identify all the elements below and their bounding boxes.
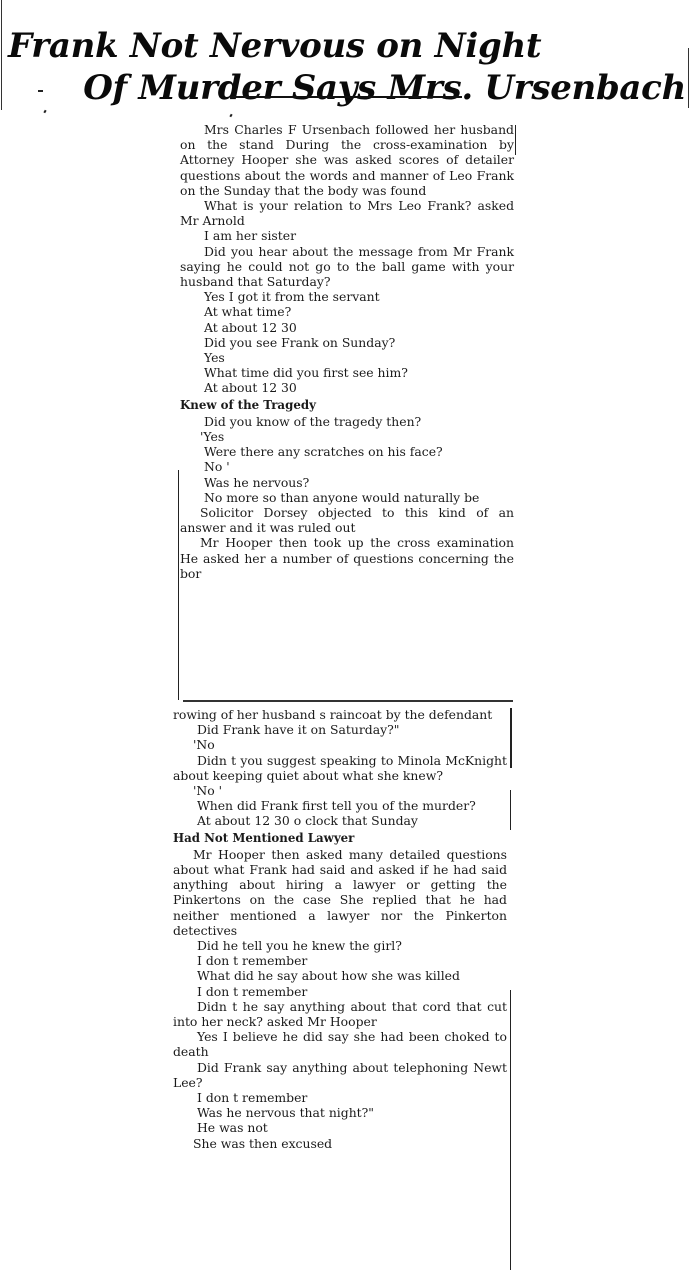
paragraph: No more so than anyone would naturally b… (180, 490, 514, 505)
print-speck (229, 114, 232, 118)
print-speck (38, 90, 43, 92)
column-rule (510, 708, 512, 768)
subheading: Had Not Mentioned Lawyer (173, 831, 507, 846)
paragraph: I don t remember (173, 1090, 507, 1105)
paragraph: Didn t he say anything about that cord t… (173, 999, 507, 1029)
paragraph: Didn t you suggest speaking to Minola Mc… (173, 753, 507, 783)
paragraph: When did Frank first tell you of the mur… (173, 798, 507, 813)
paragraph: Yes I believe he did say she had been ch… (173, 1029, 507, 1059)
article-column-1: Mrs Charles F Ursenbach followed her hus… (180, 122, 514, 581)
paragraph: Was he nervous? (180, 475, 514, 490)
paragraph: Mr Hooper then asked many detailed quest… (173, 847, 507, 938)
paragraph: At about 12 30 o clock that Sunday (173, 813, 507, 828)
paragraph: What is your relation to Mrs Leo Frank? … (180, 198, 514, 228)
column-rule (510, 790, 511, 830)
paragraph: He was not (173, 1120, 507, 1135)
headline-line-2: Of Murder Says Mrs. Ursenbach (4, 67, 688, 109)
paragraph: Mr Hooper then took up the cross examina… (180, 535, 514, 581)
paragraph: At about 12 30 (180, 380, 514, 395)
subheading: Knew of the Tragedy (180, 398, 514, 413)
paragraph: I am her sister (180, 228, 514, 243)
paragraph: Did you know of the tragedy then? (180, 414, 514, 429)
paragraph: 'No ' (173, 783, 507, 798)
paragraph: Solicitor Dorsey objected to this kind o… (180, 505, 514, 535)
paragraph: Did you hear about the message from Mr F… (180, 244, 514, 290)
page-border-right (688, 48, 689, 108)
paragraph: No ' (180, 459, 514, 474)
paragraph: She was then excused (173, 1136, 507, 1151)
paragraph: At about 12 30 (180, 320, 514, 335)
paragraph: Did Frank say anything about telephoning… (173, 1060, 507, 1090)
paragraph: What did he say about how she was killed (173, 968, 507, 983)
paragraph: At what time? (180, 304, 514, 319)
column-rule (510, 990, 511, 1270)
paragraph: 'Yes (180, 429, 514, 444)
paragraph: Did Frank have it on Saturday?" (173, 722, 507, 737)
paragraph: 'No (173, 737, 507, 752)
paragraph: Were there any scratches on his face? (180, 444, 514, 459)
print-speck (43, 110, 46, 114)
paragraph: Did he tell you he knew the girl? (173, 938, 507, 953)
column-rule (515, 125, 516, 155)
paragraph: Mrs Charles F Ursenbach followed her hus… (180, 122, 514, 198)
paragraph: I don t remember (173, 984, 507, 999)
paragraph: I don t remember (173, 953, 507, 968)
headline-line-1: Frank Not Nervous on Night (4, 25, 688, 67)
paragraph: What time did you first see him? (180, 365, 514, 380)
paragraph: Yes (180, 350, 514, 365)
column-rule (178, 470, 179, 700)
paragraph: Did you see Frank on Sunday? (180, 335, 514, 350)
article-column-2: rowing of her husband s raincoat by the … (173, 707, 507, 1151)
column-break-rule (183, 700, 513, 702)
paragraph: Was he nervous that night?" (173, 1105, 507, 1120)
paragraph: Yes I got it from the servant (180, 289, 514, 304)
headline-divider (230, 96, 462, 98)
page-border-left (1, 0, 2, 110)
paragraph: rowing of her husband s raincoat by the … (173, 707, 507, 722)
